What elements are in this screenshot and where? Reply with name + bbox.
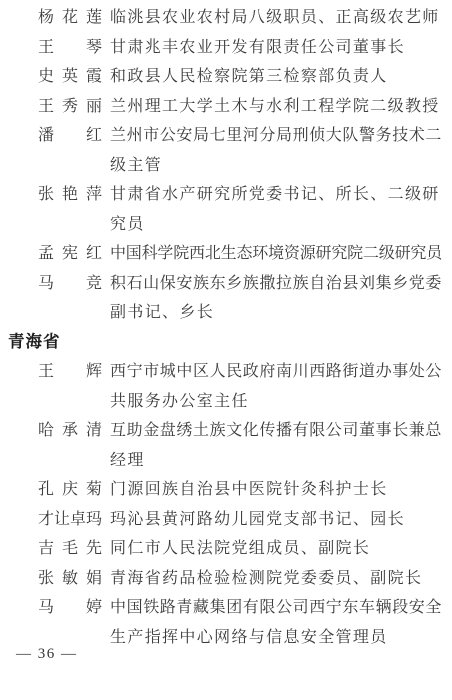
title-line: 临洮县农业农村局八级职员、正高级农艺师 [110,3,442,33]
entry-row: 才让卓玛 玛沁县黄河路幼儿园党支部书记、园长 [38,505,452,535]
entry-title: 积石山保安族东乡族撒拉族自治县刘集乡党委副书记、乡长 [110,269,442,328]
entry-row: 孔庆菊 门源回族自治县中医院针灸科护士长 [38,475,452,505]
entry-title: 甘肃省水产研究所党委书记、所长、二级研究员 [110,180,442,239]
title-line: 同仁市人民法院党组成员、副院长 [110,534,442,564]
entry-row: 潘红 兰州市公安局七里河分局刑侦大队警务技术二级主管 [38,121,452,180]
entry-name: 史英霞 [38,62,102,92]
honor-list: 杨花莲 临洮县农业农村局八级职员、正高级农艺师 王琴 甘肃兆丰农业开发有限责任公… [0,3,452,652]
title-line: 门源回族自治县中医院针灸科护士长 [110,475,442,505]
entry-title: 青海省药品检验检测院党委委员、副院长 [110,564,442,594]
title-line: 互助金盘绣土族文化传播有限公司董事长兼总 [110,416,442,446]
entry-title: 和政县人民检察院第三检察部负责人 [110,62,442,92]
page-number: — 36 — [16,645,78,663]
entry-name: 吉毛先 [38,534,102,564]
entry-row: 张敏娟 青海省药品检验检测院党委委员、副院长 [38,564,452,594]
title-line: 级主管 [110,151,442,181]
entry-row: 马竞 积石山保安族东乡族撒拉族自治县刘集乡党委副书记、乡长 [38,269,452,328]
entry-row: 哈承清 互助金盘绣土族文化传播有限公司董事长兼总经理 [38,416,452,475]
title-line: 副书记、乡长 [110,298,442,328]
entry-title: 西宁市城中区人民政府南川西路街道办事处公共服务办公室主任 [110,357,442,416]
entry-row: 马婷 中国铁路青藏集团有限公司西宁东车辆段安全生产指挥中心网络与信息安全管理员 [38,593,452,652]
entry-row: 孟宪红 中国科学院西北生态环境资源研究院二级研究员 [38,239,452,269]
title-line: 究员 [110,210,442,240]
entry-title: 临洮县农业农村局八级职员、正高级农艺师 [110,3,442,33]
entry-title: 甘肃兆丰农业开发有限责任公司董事长 [110,33,442,63]
entry-name: 杨花莲 [38,3,102,33]
entry-row: 张艳萍 甘肃省水产研究所党委书记、所长、二级研究员 [38,180,452,239]
entry-name: 张敏娟 [38,564,102,594]
entry-name: 哈承清 [38,416,102,446]
entry-row: 王秀丽 兰州理工大学土木与水利工程学院二级教授 [38,92,452,122]
title-line: 兰州市公安局七里河分局刑侦大队警务技术二 [110,121,442,151]
entry-name: 马竞 [38,269,102,299]
entry-name: 马婷 [38,593,102,623]
entry-name: 王秀丽 [38,92,102,122]
entry-title: 中国科学院西北生态环境资源研究院二级研究员 [110,239,442,269]
title-line: 共服务办公室主任 [110,387,442,417]
entry-title: 兰州理工大学土木与水利工程学院二级教授 [110,92,442,122]
section-header: 青海省 [8,328,452,358]
entry-name: 王琴 [38,33,102,63]
entry-name: 孔庆菊 [38,475,102,505]
entry-name: 潘红 [38,121,102,151]
entry-row: 杨花莲 临洮县农业农村局八级职员、正高级农艺师 [38,3,452,33]
title-line: 玛沁县黄河路幼儿园党支部书记、园长 [110,505,442,535]
title-line: 经理 [110,446,442,476]
entry-name: 王辉 [38,357,102,387]
entry-row: 王辉 西宁市城中区人民政府南川西路街道办事处公共服务办公室主任 [38,357,452,416]
title-line: 甘肃省水产研究所党委书记、所长、二级研 [110,180,442,210]
entry-title: 门源回族自治县中医院针灸科护士长 [110,475,442,505]
entry-row: 王琴 甘肃兆丰农业开发有限责任公司董事长 [38,33,452,63]
title-line: 和政县人民检察院第三检察部负责人 [110,62,442,92]
title-line: 中国科学院西北生态环境资源研究院二级研究员 [110,239,442,269]
title-line: 甘肃兆丰农业开发有限责任公司董事长 [110,33,442,63]
entry-name: 孟宪红 [38,239,102,269]
entry-row: 吉毛先 同仁市人民法院党组成员、副院长 [38,534,452,564]
document-page: 杨花莲 临洮县农业农村局八级职员、正高级农艺师 王琴 甘肃兆丰农业开发有限责任公… [0,0,452,700]
entry-row: 史英霞 和政县人民检察院第三检察部负责人 [38,62,452,92]
entry-title: 兰州市公安局七里河分局刑侦大队警务技术二级主管 [110,121,442,180]
title-line: 生产指挥中心网络与信息安全管理员 [110,623,442,653]
entry-title: 玛沁县黄河路幼儿园党支部书记、园长 [110,505,442,535]
entry-title: 中国铁路青藏集团有限公司西宁东车辆段安全生产指挥中心网络与信息安全管理员 [110,593,442,652]
title-line: 西宁市城中区人民政府南川西路街道办事处公 [110,357,442,387]
title-line: 兰州理工大学土木与水利工程学院二级教授 [110,92,442,122]
title-line: 积石山保安族东乡族撒拉族自治县刘集乡党委 [110,269,442,299]
title-line: 青海省药品检验检测院党委委员、副院长 [110,564,442,594]
entry-name: 才让卓玛 [38,505,102,535]
title-line: 中国铁路青藏集团有限公司西宁东车辆段安全 [110,593,442,623]
entry-name: 张艳萍 [38,180,102,210]
entry-title: 同仁市人民法院党组成员、副院长 [110,534,442,564]
entry-title: 互助金盘绣土族文化传播有限公司董事长兼总经理 [110,416,442,475]
